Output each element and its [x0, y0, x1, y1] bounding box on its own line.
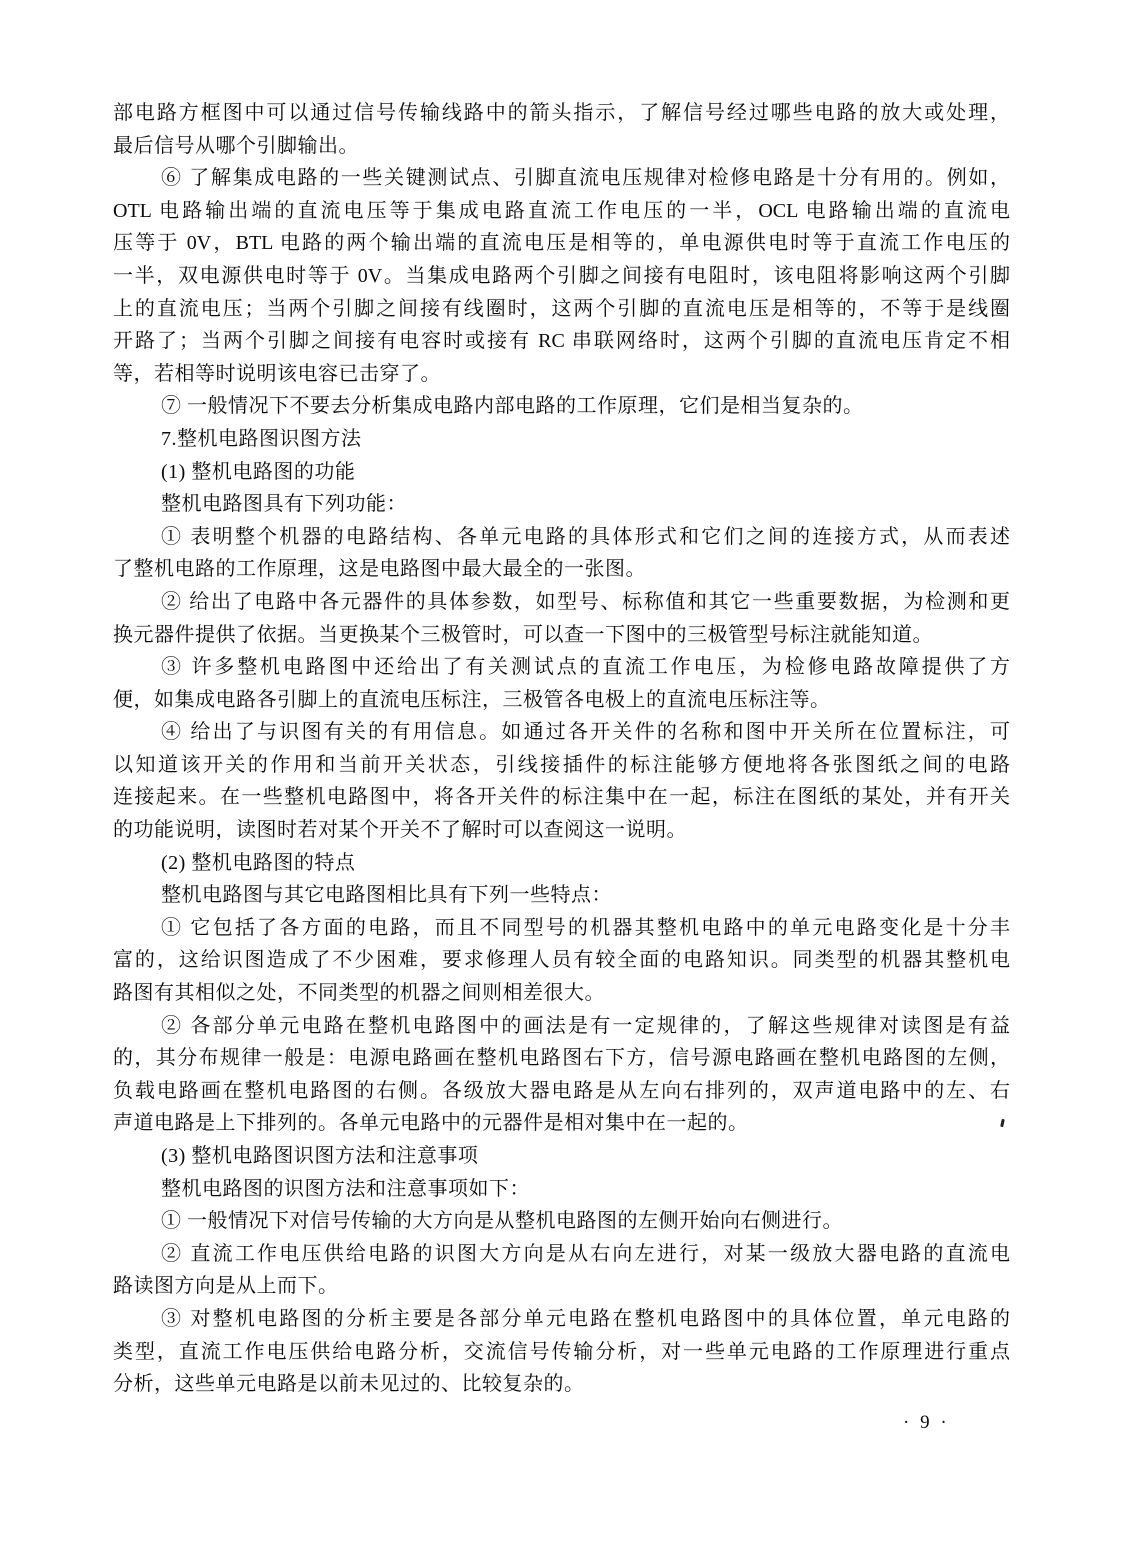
section-heading: 7.整机电路图识图方法 — [113, 423, 1010, 456]
text-line: ② 各部分单元电路在整机电路图中的画法是有一定规律的，了解这些规律对读图是有益 — [113, 1010, 1010, 1043]
text-line: OTL 电路输出端的直流电压等于集成电路直流工作电压的一半，OCL 电路输出端的… — [113, 195, 1010, 228]
text-line: ② 直流工作电压供给电路的识图大方向是从右向左进行，对某一级放大器电路的直流电 — [113, 1238, 1010, 1271]
text-line: ① 它包括了各方面的电路，而且不同型号的机器其整机电路中的单元电路变化是十分丰 — [113, 912, 1010, 945]
text-line: ⑦ 一般情况下不要去分析集成电路内部电路的工作原理，它们是相当复杂的。 — [113, 390, 1010, 423]
text-line: 换元器件提供了依据。当更换某个三极管时，可以查一下图中的三极管型号标注就能知道。 — [113, 619, 1010, 652]
text-line: 富的，这给识图造成了不少困难，要求修理人员有较全面的电路知识。同类型的机器其整机… — [113, 944, 1010, 977]
text-line: 负载电路画在整机电路图的右侧。各级放大器电路是从左向右排列的，双声道电路中的左、… — [113, 1075, 1010, 1108]
text-line: 开路了；当两个引脚之间接有电容时或接有 RC 串联网络时，这两个引脚的直流电压肯… — [113, 325, 1010, 358]
text-line: 分析，这些单元电路是以前未见过的、比较复杂的。 — [113, 1368, 1010, 1401]
text-line: 压等于 0V，BTL 电路的两个输出端的直流电压是相等的，单电源供电时等于直流工… — [113, 227, 1010, 260]
text-line: ② 给出了电路中各元器件的具体参数，如型号、标称值和其它一些重要数据，为检测和更 — [113, 586, 1010, 619]
text-line: 以知道该开关的作用和当前开关状态，引线接插件的标注能够方便地将各张图纸之间的电路 — [113, 749, 1010, 782]
text-line: 声道电路是上下排列的。各单元电路中的元器件是相对集中在一起的。 — [113, 1107, 1010, 1140]
text-line: 整机电路图的识图方法和注意事项如下： — [113, 1173, 1010, 1206]
text-line: 路读图方向是从上而下。 — [113, 1270, 1010, 1303]
text-line: 的功能说明，读图时若对某个开关不了解时可以查阅这一说明。 — [113, 814, 1010, 847]
subsection-heading: (3) 整机电路图识图方法和注意事项 — [113, 1140, 1010, 1173]
scanned-book-page: 部电路方框图中可以通过信号传输线路中的箭头指示，了解信号经过哪些电路的放大或处理… — [0, 0, 1122, 1568]
text-line: 等，若相等时说明该电容已击穿了。 — [113, 358, 1010, 391]
text-line: 的，其分布规律一般是：电源电路画在整机电路图右下方，信号源电路画在整机电路图的左… — [113, 1042, 1010, 1075]
page-number: · 9 · — [903, 1412, 950, 1434]
text-line: 整机电路图与其它电路图相比具有下列一些特点： — [113, 879, 1010, 912]
text-line: 连接起来。在一些整机电路图中，将各开关件的标注集中在一起，标注在图纸的某处，并有… — [113, 781, 1010, 814]
text-line: 路图有其相似之处，不同类型的机器之间则相差很大。 — [113, 977, 1010, 1010]
text-line: ① 一般情况下对信号传输的大方向是从整机电路图的左侧开始向右侧进行。 — [113, 1205, 1010, 1238]
text-line: 了整机电路的工作原理，这是电路图中最大最全的一张图。 — [113, 553, 1010, 586]
text-line: ③ 许多整机电路图中还给出了有关测试点的直流工作电压，为检修电路故障提供了方 — [113, 651, 1010, 684]
text-line: 一半，双电源供电时等于 0V。当集成电路两个引脚之间接有电阻时，该电阻将影响这两… — [113, 260, 1010, 293]
subsection-heading: (2) 整机电路图的特点 — [113, 847, 1010, 880]
text-line: 最后信号从哪个引脚输出。 — [113, 130, 1010, 163]
text-line: ③ 对整机电路图的分析主要是各部分单元电路在整机电路图中的具体位置，单元电路的 — [113, 1303, 1010, 1336]
subsection-heading: (1) 整机电路图的功能 — [113, 456, 1010, 489]
text-line: 上的直流电压；当两个引脚之间接有线圈时，这两个引脚的直流电压是相等的，不等于是线… — [113, 293, 1010, 326]
text-line: 类型，直流工作电压供给电路分析，交流信号传输分析，对一些单元电路的工作原理进行重… — [113, 1336, 1010, 1369]
text-line: 部电路方框图中可以通过信号传输线路中的箭头指示，了解信号经过哪些电路的放大或处理… — [113, 97, 1010, 130]
text-line: ④ 给出了与识图有关的有用信息。如通过各开关件的名称和图中开关所在位置标注，可 — [113, 716, 1010, 749]
text-line: ⑥ 了解集成电路的一些关键测试点、引脚直流电压规律对检修电路是十分有用的。例如， — [113, 162, 1010, 195]
text-line: 便，如集成电路各引脚上的直流电压标注，三极管各电极上的直流电压标注等。 — [113, 684, 1010, 717]
text-line: 整机电路图具有下列功能： — [113, 488, 1010, 521]
body-text: 部电路方框图中可以通过信号传输线路中的箭头指示，了解信号经过哪些电路的放大或处理… — [113, 97, 1010, 1401]
text-line: ① 表明整个机器的电路结构、各单元电路的具体形式和它们之间的连接方式，从而表述 — [113, 521, 1010, 554]
